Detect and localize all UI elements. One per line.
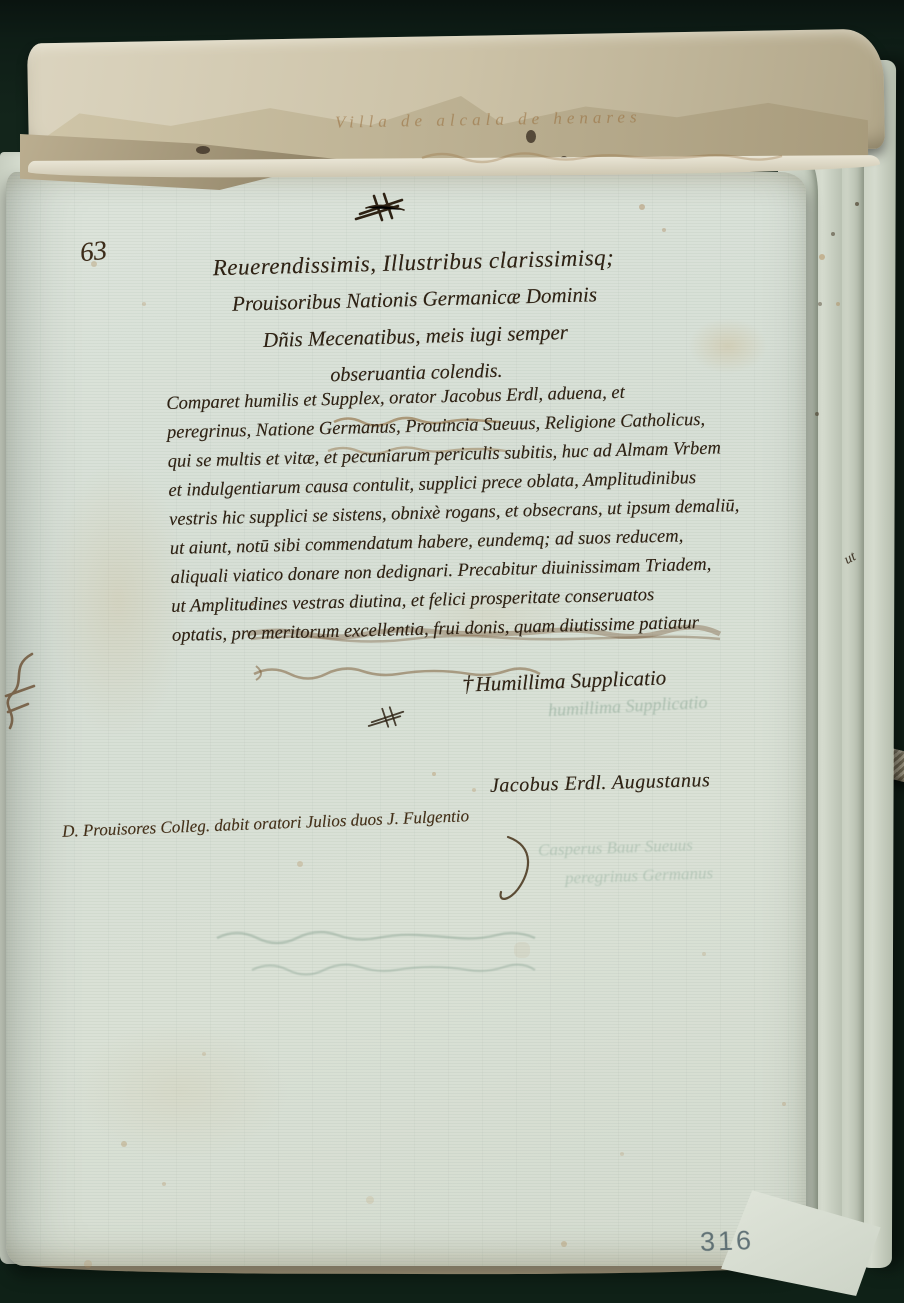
margin-ink-mark — [0, 646, 42, 746]
address-heading: Reuerendissimis, Illustribus clarissimis… — [173, 238, 657, 399]
petition-body: Comparet humilis et Supplex, orator Jaco… — [166, 374, 832, 651]
folio-number: 63 — [78, 235, 108, 269]
tear-hole — [196, 146, 210, 154]
manuscript-photo: Villa de alcala de henares 63 Reuerendis… — [0, 0, 904, 1303]
cross-invocation-mark — [352, 188, 414, 226]
crumpled-top-pages — [0, 24, 904, 192]
notary-hash-mark — [366, 703, 413, 732]
foxing-spots — [0, 0, 4, 4]
note-flourish-tail — [478, 833, 548, 911]
cross-icon: † — [462, 671, 474, 696]
tear-hole — [526, 130, 536, 143]
archival-page-number: 316 — [699, 1225, 754, 1258]
